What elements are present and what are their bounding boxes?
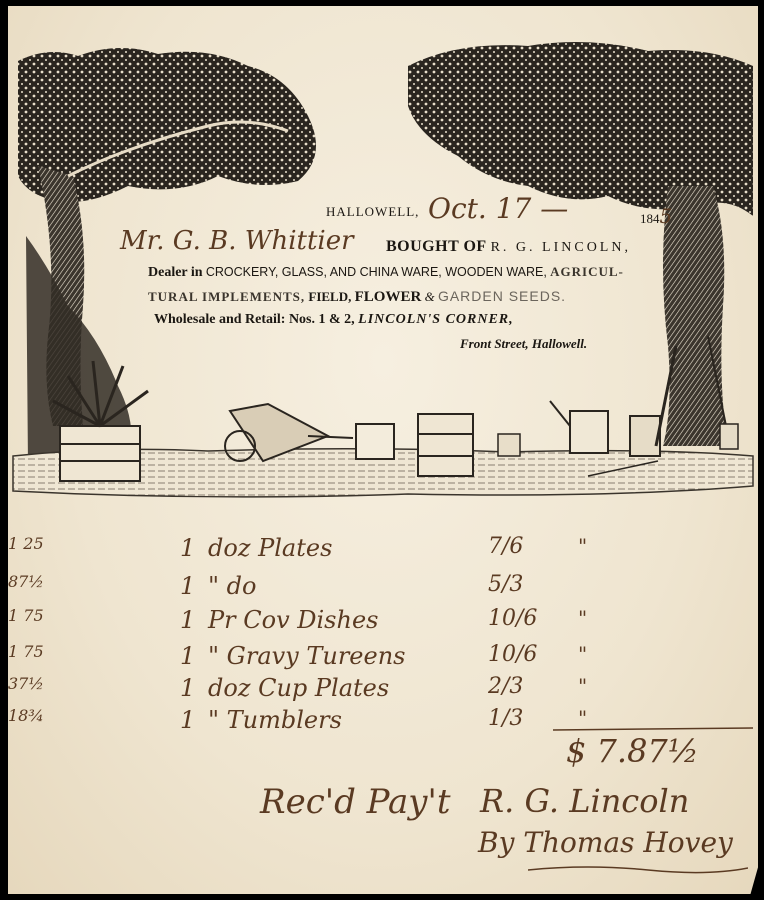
line-item-qty: 1 bbox=[180, 642, 195, 670]
lincolns-corner: LINCOLN'S CORNER, bbox=[358, 312, 513, 327]
dealer-lead: Dealer in bbox=[148, 265, 203, 280]
line-item-description: " do bbox=[208, 572, 256, 600]
line-item-amount: 18¾ bbox=[8, 706, 44, 725]
billhead-paper: HALLOWELL, Oct. 17 — 1845 Mr. G. B. Whit… bbox=[8, 6, 758, 894]
line-item-ditto: " bbox=[578, 606, 587, 630]
line-item-unit-price: 10/6 bbox=[488, 642, 537, 667]
line-item-qty: 1 bbox=[180, 706, 195, 734]
received-payment: Rec'd Pay't bbox=[260, 782, 451, 822]
line-item-unit-price: 2/3 bbox=[488, 674, 523, 699]
line-item-amount: 1 25 bbox=[8, 534, 44, 553]
line-item-ditto: " bbox=[578, 674, 587, 698]
bought-of-line: BOUGHT OF R. G. LINCOLN, bbox=[386, 238, 631, 256]
total-amount: $ 7.87½ bbox=[566, 732, 699, 770]
wholesale-lead: Wholesale and Retail: Nos. 1 & 2, bbox=[154, 312, 355, 327]
ampersand: & bbox=[425, 289, 435, 304]
line-item-description: doz Cup Plates bbox=[208, 674, 389, 702]
garden-engraving-illustration bbox=[8, 6, 758, 506]
line-item-qty: 1 bbox=[180, 534, 195, 562]
line-item-qty: 1 bbox=[180, 606, 195, 634]
line-item-description: Pr Cov Dishes bbox=[208, 606, 378, 634]
flower-pot bbox=[498, 434, 520, 456]
implements-text: TURAL IMPLEMENTS, bbox=[148, 289, 305, 304]
customer-name-handwritten: Mr. G. B. Whittier bbox=[120, 226, 354, 256]
line-item-unit-price: 10/6 bbox=[488, 606, 537, 631]
wholesale-line: Wholesale and Retail: Nos. 1 & 2, LINCOL… bbox=[154, 312, 514, 328]
merchant-signature: R. G. Lincoln bbox=[480, 782, 689, 820]
barrel bbox=[418, 414, 473, 476]
line-item-amount: 87½ bbox=[8, 572, 44, 591]
right-tree-trunk bbox=[663, 186, 728, 446]
by-signature: By Thomas Hovey bbox=[478, 826, 733, 859]
bought-of-label: BOUGHT OF bbox=[386, 238, 486, 255]
merchant-name: R. G. LINCOLN, bbox=[491, 240, 631, 255]
line-item-qty: 1 bbox=[180, 674, 195, 702]
line-item-row: 1" Gravy Tureens10/6"1 75 bbox=[8, 642, 758, 678]
line-item-description: doz Plates bbox=[208, 534, 332, 562]
line-item-description: " Gravy Tureens bbox=[208, 642, 405, 670]
line-item-row: 1Pr Cov Dishes10/6"1 75 bbox=[8, 606, 758, 642]
year-printed: 1845 bbox=[640, 204, 672, 228]
field-text: FIELD, bbox=[308, 289, 351, 304]
year-prefix: 184 bbox=[640, 211, 660, 226]
letterhead-city: HALLOWELL, bbox=[326, 204, 419, 220]
dealer-agri: AGRICUL- bbox=[550, 264, 624, 279]
signature-flourish bbox=[528, 864, 748, 876]
total-rule bbox=[553, 726, 753, 734]
dealer-line: Dealer in CROCKERY, GLASS, AND CHINA WAR… bbox=[148, 264, 624, 281]
line-item-row: 1" do5/387½ bbox=[8, 572, 758, 608]
line-item-unit-price: 7/6 bbox=[488, 534, 523, 559]
line-item-ditto: " bbox=[578, 642, 587, 666]
implements-line: TURAL IMPLEMENTS, FIELD, FLOWER & GARDEN… bbox=[148, 288, 566, 306]
line-item-unit-price: 1/3 bbox=[488, 706, 523, 731]
garden-seeds-text: GARDEN SEEDS. bbox=[438, 288, 566, 304]
bucket bbox=[356, 424, 394, 459]
line-item-amount: 1 75 bbox=[8, 642, 44, 661]
line-item-row: 1doz Cup Plates2/3"37½ bbox=[8, 674, 758, 710]
line-item-ditto: " bbox=[578, 534, 587, 558]
line-item-description: " Tumblers bbox=[208, 706, 342, 734]
address-line: Front Street, Hallowell. bbox=[460, 336, 587, 352]
watering-can bbox=[550, 401, 608, 453]
year-handwritten-digit: 5 bbox=[660, 204, 673, 228]
line-item-qty: 1 bbox=[180, 572, 195, 600]
line-item-unit-price: 5/3 bbox=[488, 572, 523, 597]
dealer-goods: CROCKERY, GLASS, AND CHINA WARE, WOODEN … bbox=[206, 265, 547, 279]
line-item-amount: 37½ bbox=[8, 674, 44, 693]
line-item-row: 1doz Plates7/6"1 25 bbox=[8, 534, 758, 570]
flower-text: FLOWER bbox=[355, 289, 422, 305]
date-handwritten: Oct. 17 — bbox=[428, 192, 568, 225]
line-item-amount: 1 75 bbox=[8, 606, 44, 625]
